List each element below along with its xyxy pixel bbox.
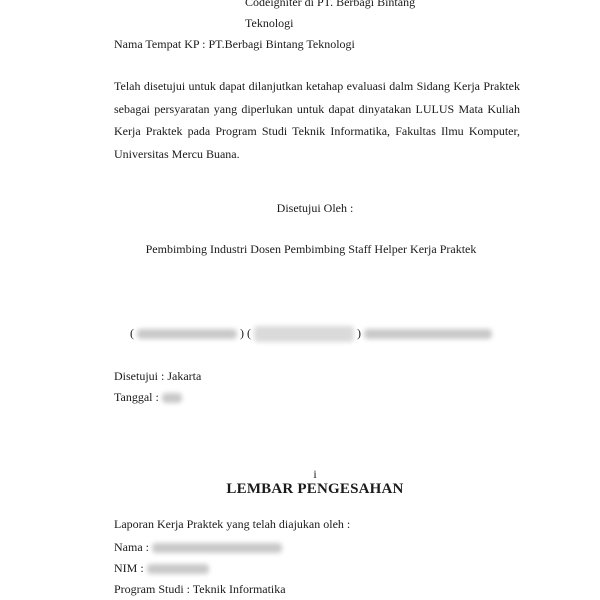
approval-line-2: sebagai persyaratan yang diperlukan untu…	[114, 98, 520, 121]
signatures-row: ( ) ( )	[130, 326, 492, 342]
page-number: i	[15, 467, 600, 481]
approved-by-heading: Disetujui Oleh :	[15, 201, 600, 215]
signatories-line: Pembimbing Industri Dosen Pembimbing Sta…	[11, 242, 600, 256]
company-label: Nama Tempat KP	[114, 37, 199, 51]
student-nim-row: NIM :	[114, 561, 209, 575]
title-continuation-line-1: Codeigniter di PT. Berbagi Bintang	[245, 0, 415, 9]
approval-line-3: Kerja Praktek pada Program Studi Teknik …	[114, 120, 520, 143]
title-continuation-line-2: Teknologi	[245, 16, 294, 30]
company-value: PT.Berbagi Bintang Teknologi	[209, 37, 355, 51]
approval-line-4: Universitas Mercu Buana.	[114, 143, 520, 166]
place-separator: :	[158, 369, 167, 383]
student-nim-label: NIM :	[114, 561, 144, 575]
company-row: Nama Tempat KP : PT.Berbagi Bintang Tekn…	[114, 37, 355, 51]
signature-1-name-redacted	[137, 329, 237, 339]
signature-2-open: (	[247, 326, 251, 340]
company-separator: :	[199, 37, 208, 51]
signature-3-id-redacted	[364, 329, 492, 339]
student-name-label: Nama :	[114, 540, 149, 554]
submission-intro: Laporan Kerja Praktek yang telah diajuka…	[114, 517, 350, 531]
signature-2-name-redacted	[254, 326, 354, 342]
program-label: Program Studi	[114, 582, 184, 596]
signature-1-close: )	[240, 326, 244, 340]
date-row: Tanggal :	[114, 390, 182, 404]
place-value: Jakarta	[167, 369, 201, 383]
place-row: Disetujui : Jakarta	[114, 369, 201, 383]
program-row: Program Studi : Teknik Informatika	[114, 582, 286, 596]
signature-2-close: )	[357, 326, 361, 340]
approval-line-1: Telah disetujui untuk dapat dilanjutkan …	[114, 75, 520, 98]
section-title: LEMBAR PENGESAHAN	[15, 482, 600, 496]
date-label: Tanggal	[114, 390, 152, 404]
date-value-redacted	[162, 393, 182, 403]
student-name-redacted	[152, 543, 282, 553]
signature-1-open: (	[130, 326, 134, 340]
program-separator: :	[184, 582, 193, 596]
student-nim-redacted	[147, 564, 209, 574]
place-label: Disetujui	[114, 369, 158, 383]
student-name-row: Nama :	[114, 540, 282, 554]
program-value: Teknik Informatika	[193, 582, 286, 596]
approval-paragraph: Telah disetujui untuk dapat dilanjutkan …	[114, 75, 520, 165]
date-separator: :	[152, 390, 161, 404]
